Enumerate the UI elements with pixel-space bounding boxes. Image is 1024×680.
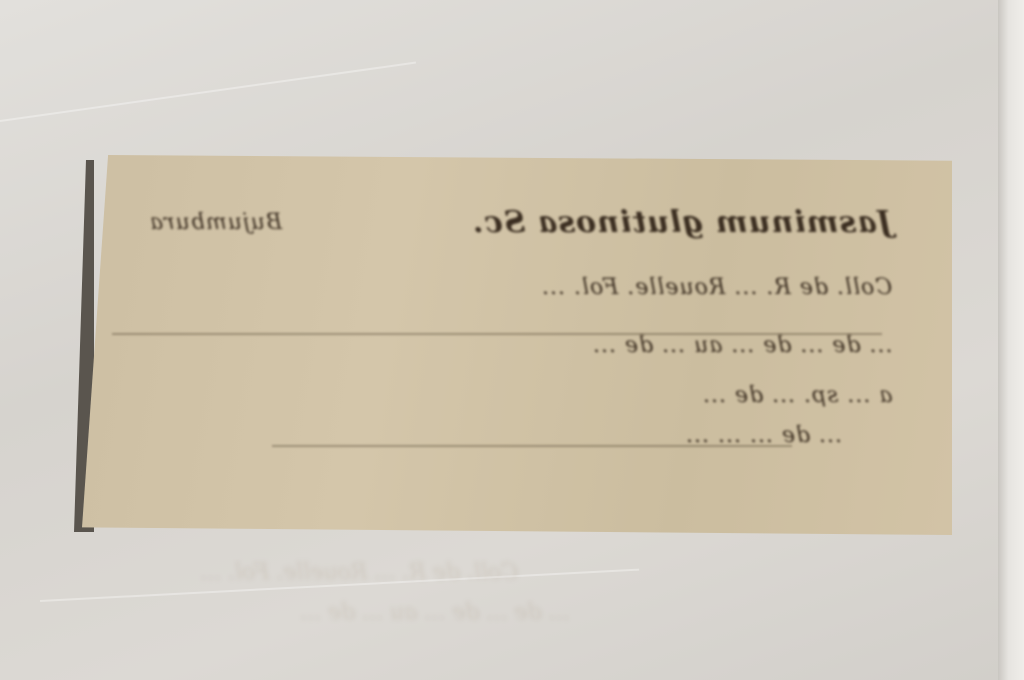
ghost-ink-offset: ... de ... de ... au ... de ... <box>300 600 569 625</box>
ruled-line <box>112 333 882 335</box>
label-locality: Bujumbura <box>149 210 282 235</box>
label-line: a ... sp. ... de ... <box>702 383 893 408</box>
herbarium-label: Jasminum glutinosa Sc. Bujumbura Coll. d… <box>82 155 952 535</box>
label-line: ... de ... de ... au ... de ... <box>592 333 892 358</box>
ghost-ink-offset: Coll. de R. ... Rouelle. Fol. ... <box>200 560 518 585</box>
paper-crease <box>0 62 416 122</box>
sheet-edge <box>998 0 1024 680</box>
ruled-line <box>272 445 792 447</box>
label-line: Coll. de R. ... Rouelle. Fol. ... <box>541 275 892 300</box>
label-title: Jasminum glutinosa Sc. <box>472 205 892 240</box>
